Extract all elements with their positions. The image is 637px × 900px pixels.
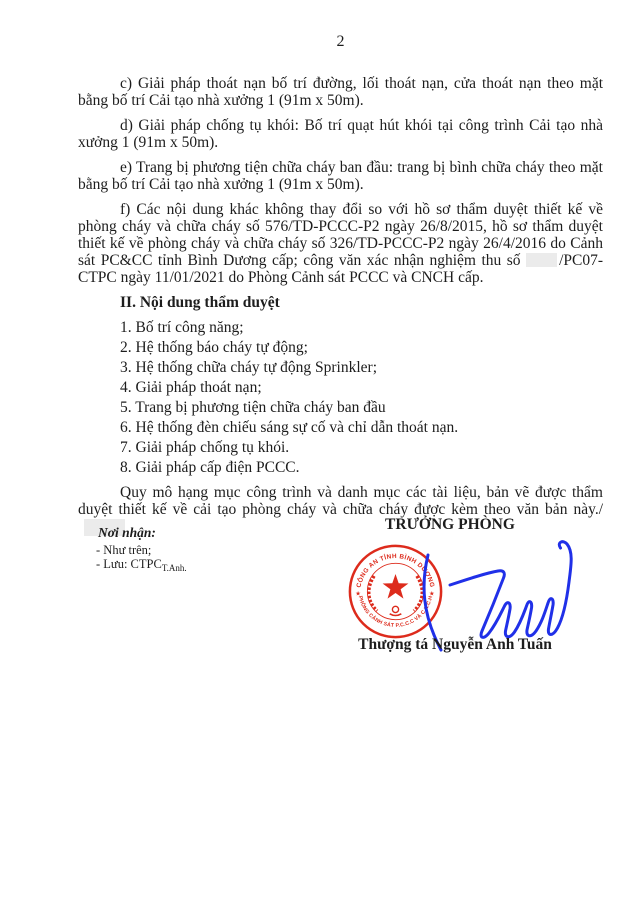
recipients-heading: Nơi nhận: <box>98 526 187 541</box>
list-item-3: 3. Hệ thống chữa cháy tự động Sprinkler; <box>78 358 603 378</box>
recipient-line-2: - Lưu: CTPCT.Anh. <box>96 557 187 576</box>
list-item-6: 6. Hệ thống đèn chiếu sáng sự cố và chỉ … <box>78 418 603 438</box>
section-heading: II. Nội dung thẩm duyệt <box>78 294 603 312</box>
stamp-star-left: ★ <box>355 590 361 597</box>
document-body: 2 c) Giải pháp thoát nạn bố trí đường, l… <box>78 33 603 544</box>
recipient-line-2-subscript: T.Anh. <box>162 563 187 573</box>
recipients-block: Nơi nhận: - Như trên; - Lưu: CTPCT.Anh. <box>96 526 187 576</box>
list-item-2: 2. Hệ thống báo cháy tự động; <box>78 338 603 358</box>
list-item-4: 4. Giải pháp thoát nạn; <box>78 378 603 398</box>
approval-items-list: 1. Bố trí công năng; 2. Hệ thống báo chá… <box>78 318 603 478</box>
closing-text: Quy mô hạng mục công trình và danh mục c… <box>78 484 603 518</box>
recipient-line-1: - Như trên; <box>96 543 187 558</box>
paragraph-d: d) Giải pháp chống tụ khói: Bố trí quạt … <box>78 117 603 151</box>
signer-name: Thượng tá Nguyễn Anh Tuấn <box>335 636 575 654</box>
list-item-8: 8. Giải pháp cấp điện PCCC. <box>78 458 603 478</box>
redaction-box-document-number <box>526 253 557 267</box>
paragraph-e: e) Trang bị phương tiện chữa cháy ban đầ… <box>78 159 603 193</box>
page-number: 2 <box>78 33 603 51</box>
paragraph-f-text-1: f) Các nội dung khác không thay đổi so v… <box>78 201 603 269</box>
paragraph-c: c) Giải pháp thoát nạn bố trí đường, lối… <box>78 75 603 109</box>
paragraph-f: f) Các nội dung khác không thay đổi so v… <box>78 201 603 286</box>
list-item-1: 1. Bố trí công năng; <box>78 318 603 338</box>
recipient-line-2-text: - Lưu: CTPC <box>96 557 162 571</box>
document-page: 2 c) Giải pháp thoát nạn bố trí đường, l… <box>0 0 637 900</box>
list-item-7: 7. Giải pháp chống tụ khói. <box>78 438 603 458</box>
list-item-5: 5. Trang bị phương tiện chữa cháy ban đầ… <box>78 398 603 418</box>
